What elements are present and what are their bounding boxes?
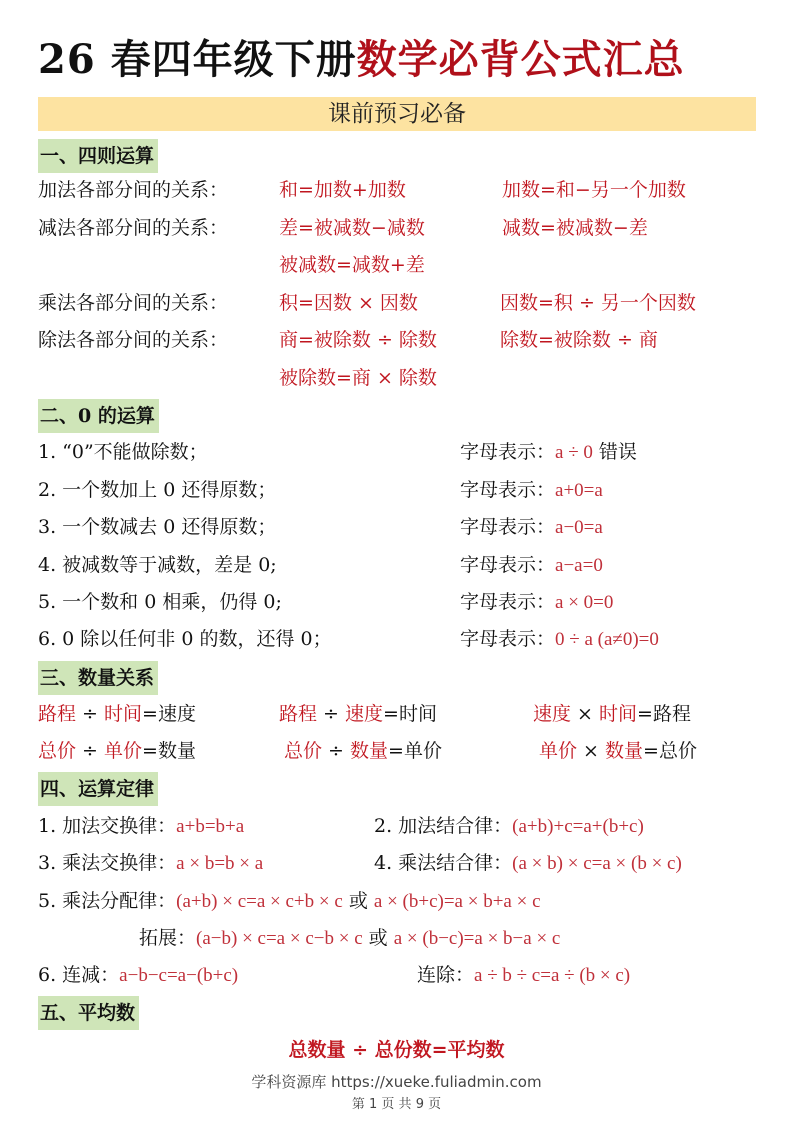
law-formula: (a × b) × c=a × (b × c) [512,853,682,874]
s2-expr-4: 字母表示：a × 0=0 [460,588,613,617]
s3-term-a: 单价 [539,740,577,762]
s1-formula-4a: 商=被除数 ÷ 除数 [279,326,437,354]
s3-rel-1-2: 单价 × 数量=总价 [539,737,697,765]
s1-formula-1b: 减数=被减数−差 [502,214,648,242]
footer-source: 学科资源库 https://xueke.fuliadmin.com [0,1071,793,1092]
s3-op: ÷ [322,740,350,762]
law-formula: a−b−c=a−(b+c) [119,965,238,986]
law-formula: a × b=b × a [176,853,263,874]
footer-page: 第 1 页 共 9 页 [0,1093,793,1112]
s2-rule-5: 6. 0 除以任何非 0 的数，还得 0； [38,625,332,653]
s1-formula-4b: 除数=被除数 ÷ 商 [500,326,658,354]
s2-label-2: 字母表示： [460,516,555,538]
s3-term-a: 总价 [38,740,76,762]
s3-term-a: 速度 [533,703,571,725]
s2-expr-3: 字母表示：a−a=0 [460,551,603,580]
s3-term-b: 单价 [104,740,142,762]
s1-label-4: 除法各部分间的关系： [38,326,228,354]
s3-term-b: 数量 [350,740,388,762]
s3-op: ÷ [76,703,104,725]
s4-law-1: 1. 加法交换律：a+b=b+a [38,812,244,841]
s3-term-b: 时间 [599,703,637,725]
s2-formula-1: a+0=a [555,480,603,501]
law-label: 连除： [417,964,474,986]
s1-formula-3b: 因数=积 ÷ 另一个因数 [500,289,696,317]
s2-suffix-0: 错误 [593,441,637,463]
s3-term-b: 速度 [345,703,383,725]
s4-law-2: 2. 加法结合律：(a+b)+c=a+(b+c) [374,812,644,841]
s3-term-a: 总价 [284,740,322,762]
s3-result: =数量 [142,740,196,762]
s3-term-b: 数量 [605,740,643,762]
s2-rule-3: 4. 被减数等于减数，差是 0; [38,551,277,579]
s1-formula-2a: 被减数=减数+差 [279,251,425,279]
s2-label-4: 字母表示： [460,591,555,613]
law-formula: (a−b) × c=a × c−b × c [196,928,363,949]
s3-rel-0-2: 速度 × 时间=路程 [533,700,691,728]
title-grade: 26 春四年级下册 [38,36,357,83]
s4-law-5: 5. 乘法分配律：(a+b) × c=a × c+b × c 或 a × (b+… [38,887,541,916]
s4-law-4: 4. 乘法结合律：(a × b) × c=a × (b × c) [374,849,682,878]
s4-law-3: 3. 乘法交换律：a × b=b × a [38,849,263,878]
s3-result: =单价 [388,740,442,762]
law-label: 2. 加法结合律： [374,815,512,837]
title-subject: 数学必背公式汇总 [357,36,685,83]
s3-rel-1-1: 总价 ÷ 数量=单价 [284,737,442,765]
or-text: 或 [363,927,394,949]
s3-op: × [571,703,599,725]
s2-formula-0: a ÷ 0 [555,442,593,463]
s2-formula-2: a−0=a [555,517,603,538]
s3-term-b: 时间 [104,703,142,725]
section-heading-5: 五、平均数 [38,996,139,1030]
s2-rule-1: 2. 一个数加上 0 还得原数； [38,476,276,504]
s4-extension: 拓展：(a−b) × c=a × c−b × c 或 a × (b−c)=a ×… [139,924,560,953]
law-label: 1. 加法交换律： [38,815,176,837]
law-label: 6. 连减： [38,964,119,986]
law-label: 4. 乘法结合律： [374,852,512,874]
s2-label-1: 字母表示： [460,479,555,501]
s3-op: ÷ [76,740,104,762]
s1-label-1: 减法各部分间的关系： [38,214,228,242]
banner: 课前预习必备 [38,97,756,131]
s3-rel-0-0: 路程 ÷ 时间=速度 [38,700,196,728]
s2-label-0: 字母表示： [460,441,555,463]
s2-formula-5: 0 ÷ a (a≠0)=0 [555,629,659,650]
average-formula: 总数量 ÷ 总份数=平均数 [0,1036,793,1064]
law-formula-alt: a × (b+c)=a × b+a × c [374,891,541,912]
s1-label-3: 乘法各部分间的关系： [38,289,228,317]
s3-term-a: 路程 [279,703,317,725]
law-formula-alt: a × (b−c)=a × b−a × c [394,928,561,949]
law-formula: (a+b)+c=a+(b+c) [512,816,644,837]
s1-formula-5a: 被除数=商 × 除数 [279,364,437,392]
s2-rule-2: 3. 一个数减去 0 还得原数； [38,513,276,541]
law-label: 5. 乘法分配律： [38,890,176,912]
s3-result: =速度 [142,703,196,725]
law-formula: a+b=b+a [176,816,244,837]
s4-law-6: 6. 连减：a−b−c=a−(b+c) [38,961,238,990]
section-heading-2: 二、0 的运算 [38,399,159,433]
law-formula: (a+b) × c=a × c+b × c [176,891,343,912]
s3-op: ÷ [317,703,345,725]
s3-result: =总价 [643,740,697,762]
s3-rel-0-1: 路程 ÷ 速度=时间 [279,700,437,728]
or-text: 或 [343,890,374,912]
s4-law-7: 连除：a ÷ b ÷ c=a ÷ (b × c) [417,961,630,990]
s1-label-0: 加法各部分间的关系： [38,176,228,204]
s3-term-a: 路程 [38,703,76,725]
law-label: 3. 乘法交换律： [38,852,176,874]
s2-expr-2: 字母表示：a−0=a [460,513,603,542]
s2-formula-3: a−a=0 [555,555,603,576]
s2-formula-4: a × 0=0 [555,592,613,613]
section-heading-1: 一、四则运算 [38,139,158,173]
s3-result: =路程 [637,703,691,725]
s2-expr-0: 字母表示：a ÷ 0 错误 [460,438,637,467]
s2-expr-5: 字母表示：0 ÷ a (a≠0)=0 [460,625,659,654]
s1-formula-1a: 差=被减数−减数 [279,214,425,242]
s1-formula-0b: 加数=和−另一个加数 [502,176,686,204]
law-label: 拓展： [139,927,196,949]
law-formula: a ÷ b ÷ c=a ÷ (b × c) [474,965,630,986]
s1-formula-3a: 积=因数 × 因数 [279,289,418,317]
page-title: 26 春四年级下册数学必背公式汇总 [38,40,685,80]
s2-label-5: 字母表示： [460,628,555,650]
section-heading-4: 四、运算定律 [38,772,158,806]
s1-formula-0a: 和=加数+加数 [279,176,406,204]
s2-label-3: 字母表示： [460,554,555,576]
s2-expr-1: 字母表示：a+0=a [460,476,603,505]
s3-op: × [577,740,605,762]
s2-rule-4: 5. 一个数和 0 相乘，仍得 0; [38,588,282,616]
s2-rule-0: 1. “0”不能做除数； [38,438,208,466]
s3-rel-1-0: 总价 ÷ 单价=数量 [38,737,196,765]
s3-result: =时间 [383,703,437,725]
section-heading-3: 三、数量关系 [38,661,158,695]
